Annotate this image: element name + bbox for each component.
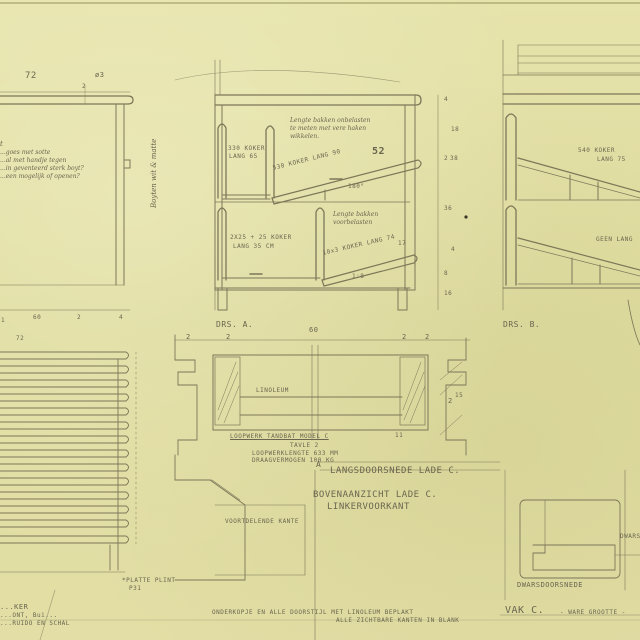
trays-footer-2: P31 <box>129 585 141 592</box>
upper-shelf-label-2: LANG 65 <box>229 153 258 160</box>
left-elevation <box>0 85 133 310</box>
bottom-dim-4: 4 <box>119 314 123 321</box>
callout-front-view-1: BOVENAANZICHT LADE C. <box>313 490 437 500</box>
upper-shelf-label-1: 330 KOKER <box>228 145 265 152</box>
detail-right-dim-sup: 15 <box>455 392 463 399</box>
section-detail-drawing <box>175 335 500 640</box>
dim-a-7: 8 <box>444 270 448 277</box>
dim-a-2: 18 <box>451 126 459 133</box>
section-a-label: DRS. A. <box>216 320 253 329</box>
elevation-note-5: ...een mogelijk of openen? <box>0 173 80 180</box>
detail-dim-2: 2 <box>226 333 231 341</box>
detail-dim-60: 60 <box>309 326 318 334</box>
detail-dim-1: 2 <box>186 333 191 341</box>
trays-dim-top: 72 <box>16 335 24 342</box>
technical-drawing <box>0 0 640 640</box>
elevation-note-2: ...goes met sotte <box>0 149 50 156</box>
trays-bottom-2: ...ONT, Bui... <box>0 612 58 619</box>
callout-length-section: LANGSDOORSNEDE LADE C. <box>330 466 460 476</box>
section-b-upper-1: 540 KOKER <box>578 147 615 154</box>
cross-section-right: DWARSD <box>620 533 640 540</box>
lower-shelf-label-1: 2X25 + 25 KOKER <box>230 234 292 241</box>
section-a-note-1: Lengte bakken onbelasten <box>290 117 370 124</box>
vak-c-title: VAK C. <box>505 605 544 616</box>
lower-angle: 1:8 <box>352 273 364 280</box>
front-small-label: VOORTDELENDE KANTE <box>225 518 299 525</box>
detail-dim-5: 2 <box>425 333 430 341</box>
lower-shelf-label-2: LANG 35 CM <box>233 243 274 250</box>
upper-tube-dim: 52 <box>372 146 385 157</box>
lower-tube-dim: 17 <box>398 240 406 247</box>
vak-c-subtitle: - WARE GROOTTE - <box>560 609 626 616</box>
linoleum-label: LINOLEUM <box>256 387 289 394</box>
dim-a-4: 38 <box>450 155 458 162</box>
dim-a-8: 16 <box>444 290 452 297</box>
bottom-note-1: ONDERKOPJE EN ALLE DOORSTIJL MET LINOLEU… <box>212 609 414 616</box>
trays-bottom-3: ...RUIDO EN SCHAL <box>0 620 70 627</box>
elevation-note-3: ...al met handje tegen <box>0 157 66 164</box>
detail-dim-4: 2 <box>402 333 407 341</box>
lower-note-1: Lengte bakken <box>333 211 378 218</box>
section-b-lower: GEEN LANG <box>596 236 633 243</box>
dim-width-72: 72 <box>25 71 37 81</box>
dim-a-5: 36 <box>444 205 452 212</box>
dim-a-1: 4 <box>444 96 448 103</box>
loopwerk-caption-2: TAVLE 2 <box>290 442 319 449</box>
dim-right: ø3 <box>95 71 104 79</box>
callout-front-view-2: LINKERVOORKANT <box>327 502 410 512</box>
bottom-note-2: ALLE ZICHTBARE KANTEN IN BLANK <box>336 617 459 624</box>
bottom-dim-3: 2 <box>77 314 81 321</box>
stacked-trays-drawing <box>0 352 136 640</box>
trays-bottom-1: ...KER <box>0 603 28 611</box>
dim-a-6: 4 <box>451 246 455 253</box>
dim-small: 2 <box>82 83 86 90</box>
loopwerk-caption-1: LOOPWERK TANDBAT MODEL C <box>230 433 329 440</box>
ink-dot <box>464 215 467 218</box>
section-b-drawing <box>503 40 640 345</box>
section-a-note-2: te meten met vere haken <box>290 125 366 132</box>
section-b-upper-2: LANG 75 <box>597 156 626 163</box>
detail-side-dim: 11 <box>395 432 403 439</box>
cross-section-label: DWARSDOORSNEDE <box>517 581 583 589</box>
trays-footer-1: *PLATTE PLINT <box>122 577 175 584</box>
section-a-drawing <box>215 60 421 310</box>
section-b-label: DRS. B. <box>503 320 540 329</box>
arc-line <box>175 70 400 82</box>
section-a-note-3: wikkelen. <box>290 133 319 140</box>
bottom-dim-1: 1 <box>1 317 5 324</box>
detail-right-dim: 2 <box>448 397 453 405</box>
dim-a-3: 2 <box>444 155 448 162</box>
bottom-dim-2: 60 <box>33 314 41 321</box>
elevation-note-4: ...in geventeerd sterk boyt? <box>0 165 84 172</box>
vertical-note: Boyten wit & matte <box>150 139 158 208</box>
vak-c-drawing <box>500 470 640 615</box>
lower-note-2: voorbelasten <box>333 219 372 226</box>
loopwerk-caption-4: DRAAGVERMOGEN 100 KG <box>252 457 334 464</box>
loopwerk-caption-3: LOOPWERKLENGTE 633 MM <box>252 450 338 457</box>
elevation-note-1: t <box>0 140 3 148</box>
marker-a: A <box>316 460 321 469</box>
upper-angle: 180° <box>348 183 364 190</box>
